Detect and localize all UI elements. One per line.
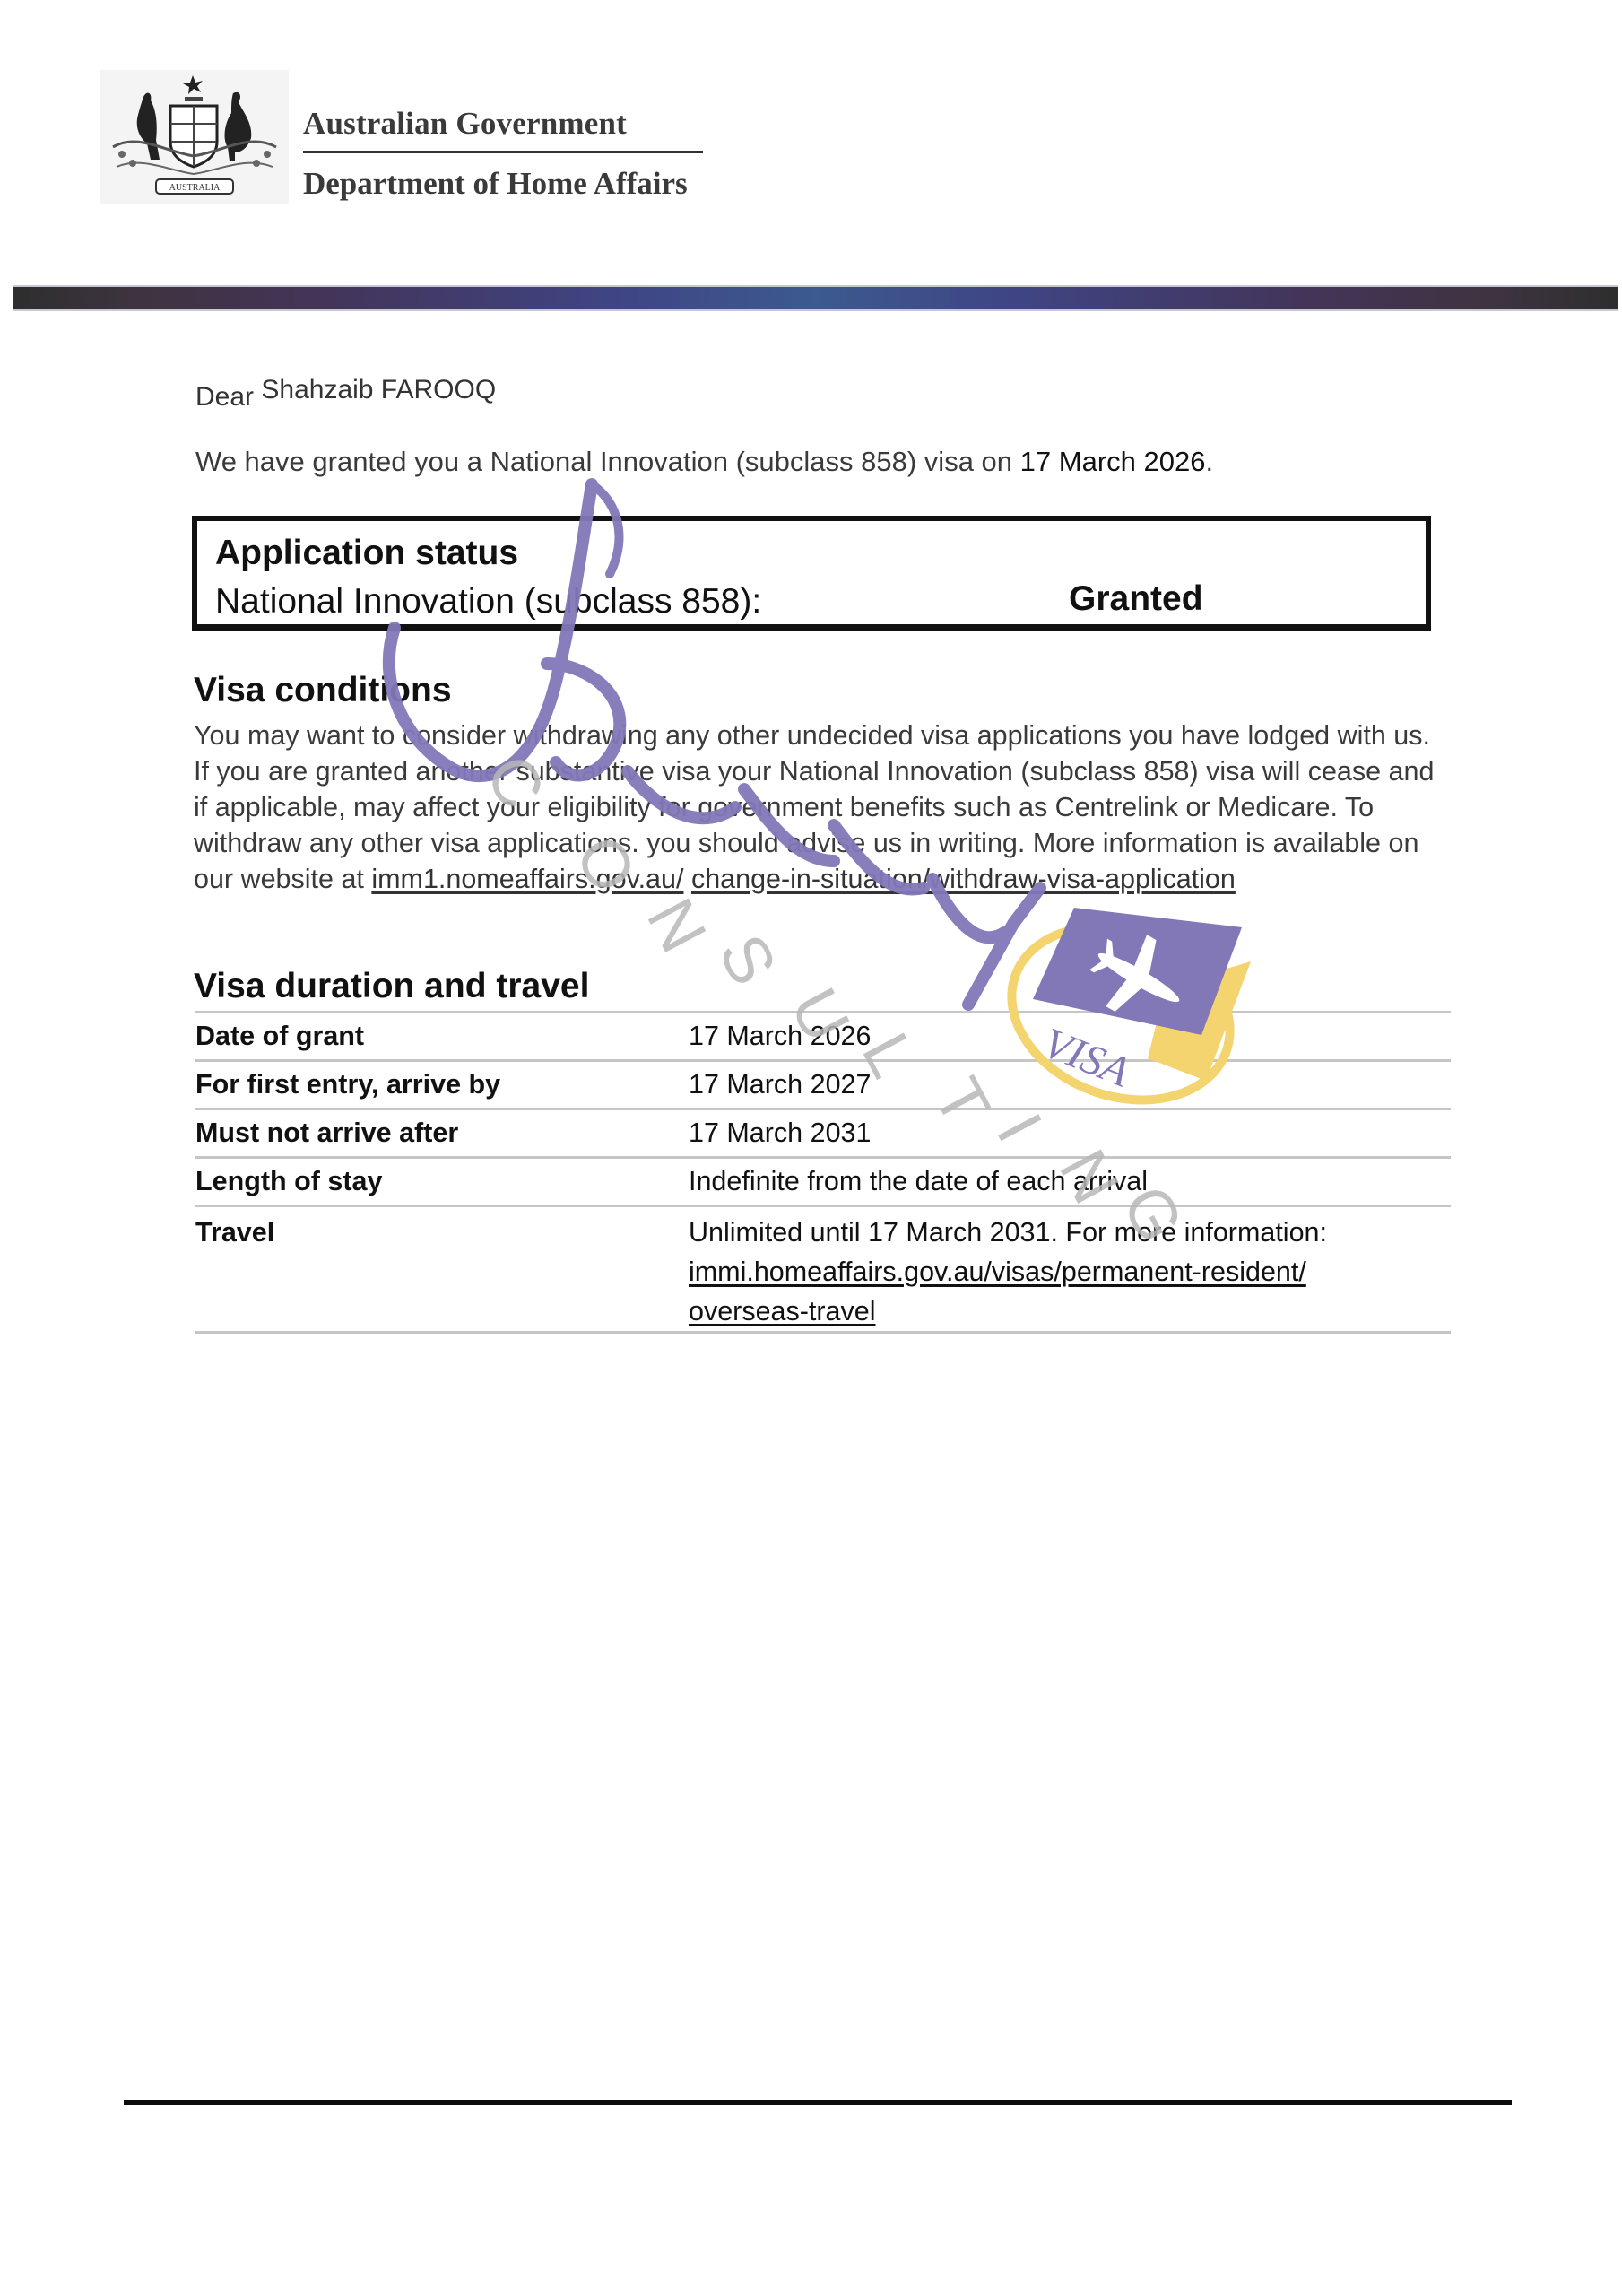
visa-conditions-heading: Visa conditions bbox=[194, 671, 452, 710]
table-row: For first entry, arrive by 17 March 2027 bbox=[195, 1061, 1451, 1109]
row-value: 17 March 2026 bbox=[689, 1013, 1451, 1061]
organisation-name: Australian Government bbox=[303, 106, 703, 142]
coat-of-arms-icon: AUSTRALIA bbox=[100, 70, 289, 204]
footer-divider bbox=[124, 2100, 1512, 2105]
row-label: Length of stay bbox=[195, 1158, 689, 1206]
row-label: For first entry, arrive by bbox=[195, 1061, 689, 1109]
row-value: 17 March 2031 bbox=[689, 1109, 1451, 1158]
table-row: Length of stay Indefinite from the date … bbox=[195, 1158, 1451, 1206]
svg-text:AUSTRALIA: AUSTRALIA bbox=[169, 183, 221, 193]
visa-duration-table: Date of grant 17 March 2026 For first en… bbox=[195, 1011, 1451, 1334]
wordmark-divider bbox=[303, 151, 703, 153]
application-status-label: National Innovation (subclass 858): bbox=[215, 582, 761, 622]
salutation-dear: Dear bbox=[195, 382, 254, 412]
row-label: Travel bbox=[195, 1206, 689, 1333]
government-wordmark: Australian Government Department of Home… bbox=[303, 106, 703, 202]
recipient-name: Shahzaib FAROOQ bbox=[261, 375, 496, 404]
intro-suffix: . bbox=[1205, 446, 1213, 477]
row-value: 17 March 2027 bbox=[689, 1061, 1451, 1109]
grant-intro: We have granted you a National Innovatio… bbox=[195, 446, 1213, 478]
row-label: Must not arrive after bbox=[195, 1109, 689, 1158]
svg-text:S: S bbox=[705, 923, 791, 997]
overseas-travel-link[interactable]: immi.homeaffairs.gov.au/visas/permanent-… bbox=[689, 1252, 1370, 1331]
application-status-box: Application status National Innovation (… bbox=[192, 516, 1431, 631]
row-value: Indefinite from the date of each arrival bbox=[689, 1158, 1451, 1206]
header-banner bbox=[13, 285, 1618, 311]
withdraw-application-link[interactable]: change-in-situation/withdraw-visa-applic… bbox=[691, 864, 1236, 894]
coat-of-arms-logo: AUSTRALIA bbox=[100, 70, 289, 204]
svg-text:N: N bbox=[633, 887, 721, 964]
visa-duration-heading: Visa duration and travel bbox=[194, 967, 589, 1006]
travel-text: Unlimited until 17 March 2031. For more … bbox=[689, 1213, 1451, 1252]
table-row: Date of grant 17 March 2026 bbox=[195, 1013, 1451, 1061]
table-row: Must not arrive after 17 March 2031 bbox=[195, 1109, 1451, 1158]
application-status-title: Application status bbox=[215, 534, 518, 573]
table-row: Travel Unlimited until 17 March 2031. Fo… bbox=[195, 1206, 1451, 1333]
visa-conditions-text: You may want to consider withdrawing any… bbox=[194, 717, 1440, 897]
salutation: Dear Shahzaib FAROOQ bbox=[195, 375, 496, 405]
row-label: Date of grant bbox=[195, 1013, 689, 1061]
department-name: Department of Home Affairs bbox=[303, 166, 703, 202]
application-status-value: Granted bbox=[1069, 579, 1203, 619]
intro-date: 17 March 2026 bbox=[1020, 446, 1206, 477]
row-value: Unlimited until 17 March 2031. For more … bbox=[689, 1206, 1451, 1333]
intro-text: We have granted you a National Innovatio… bbox=[195, 446, 1020, 477]
homeaffairs-link[interactable]: imm1.nomeaffairs.gov.au/ bbox=[371, 864, 683, 894]
